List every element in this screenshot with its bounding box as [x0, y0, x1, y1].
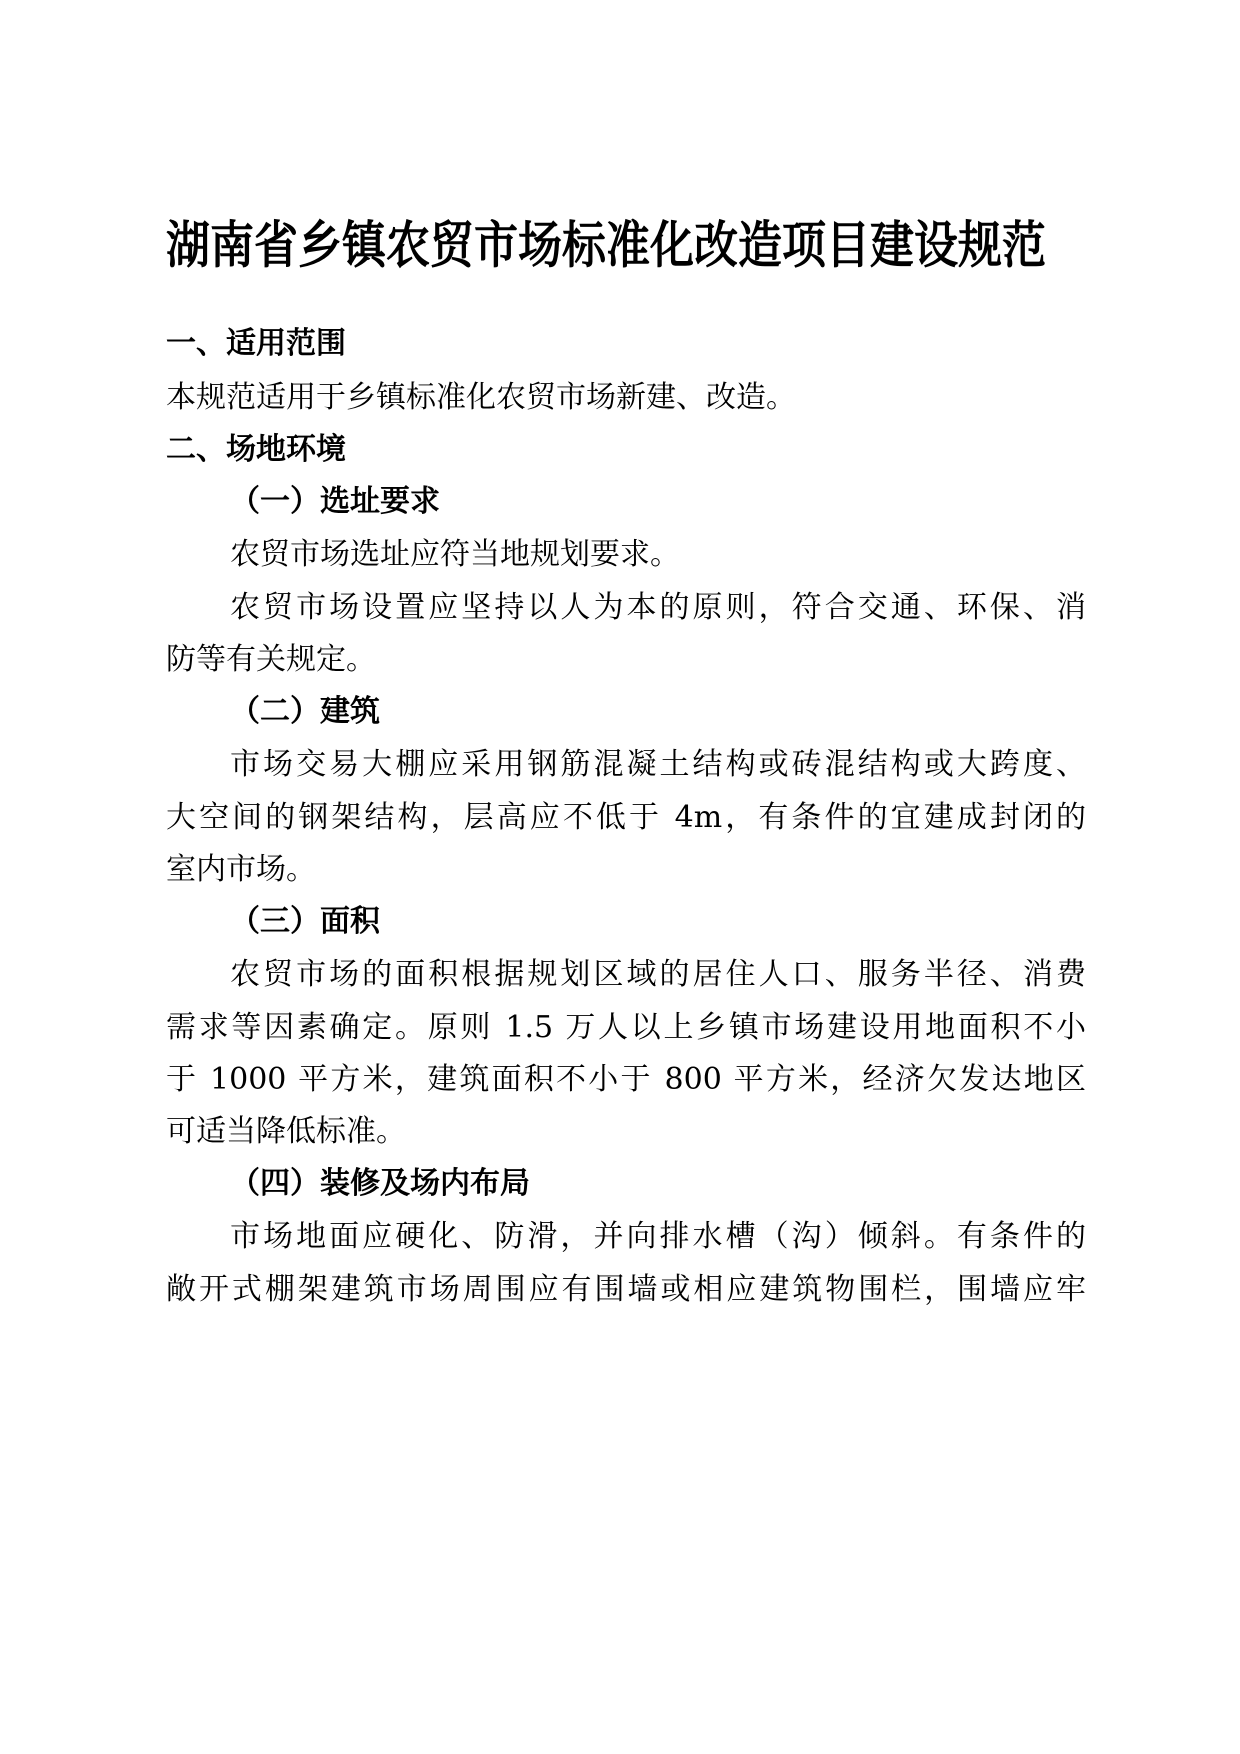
subsection-heading-building: （二）建筑: [166, 692, 1086, 732]
paragraph-area-line1: 农贸市场的面积根据规划区域的居住人口、服务半径、消费: [166, 955, 1086, 995]
paragraph-site-selection-1: 农贸市场选址应符当地规划要求。: [166, 535, 1086, 575]
section-heading-site-environment: 二、场地环境: [166, 430, 1086, 470]
paragraph-decoration-line1: 市场地面应硬化、防滑，并向排水槽（沟）倾斜。有条件的: [166, 1217, 1086, 1257]
paragraph-building-line3: 室内市场。: [166, 850, 1086, 890]
paragraph-decoration-line2: 敞开式棚架建筑市场周围应有围墙或相应建筑物围栏，围墙应牢: [166, 1270, 1086, 1310]
paragraph-building-line1: 市场交易大棚应采用钢筋混凝土结构或砖混结构或大跨度、: [166, 745, 1086, 785]
paragraph-area-line4: 可适当降低标准。: [166, 1112, 1086, 1152]
paragraph-area-line2: 需求等因素确定。原则 1.5 万人以上乡镇市场建设用地面积不小: [166, 1008, 1086, 1048]
paragraph-site-selection-2-line2: 防等有关规定。: [166, 640, 1086, 680]
document-title: 湖南省乡镇农贸市场标准化改造项目建设规范: [166, 212, 1086, 281]
document-page: 湖南省乡镇农贸市场标准化改造项目建设规范 一、适用范围 本规范适用于乡镇标准化农…: [0, 0, 1240, 1754]
paragraph-area-line3: 于 1000 平方米，建筑面积不小于 800 平方米，经济欠发达地区: [166, 1060, 1086, 1100]
subsection-heading-site-selection: （一）选址要求: [166, 482, 1086, 522]
paragraph-site-selection-2-line1: 农贸市场设置应坚持以人为本的原则，符合交通、环保、消: [166, 588, 1086, 628]
section-heading-scope: 一、适用范围: [166, 324, 1086, 364]
paragraph-building-line2: 大空间的钢架结构，层高应不低于 4m，有条件的宜建成封闭的: [166, 798, 1086, 838]
subsection-heading-decoration-layout: （四）装修及场内布局: [166, 1164, 1086, 1204]
subsection-heading-area: （三）面积: [166, 902, 1086, 942]
paragraph-scope: 本规范适用于乡镇标准化农贸市场新建、改造。: [166, 378, 1086, 418]
